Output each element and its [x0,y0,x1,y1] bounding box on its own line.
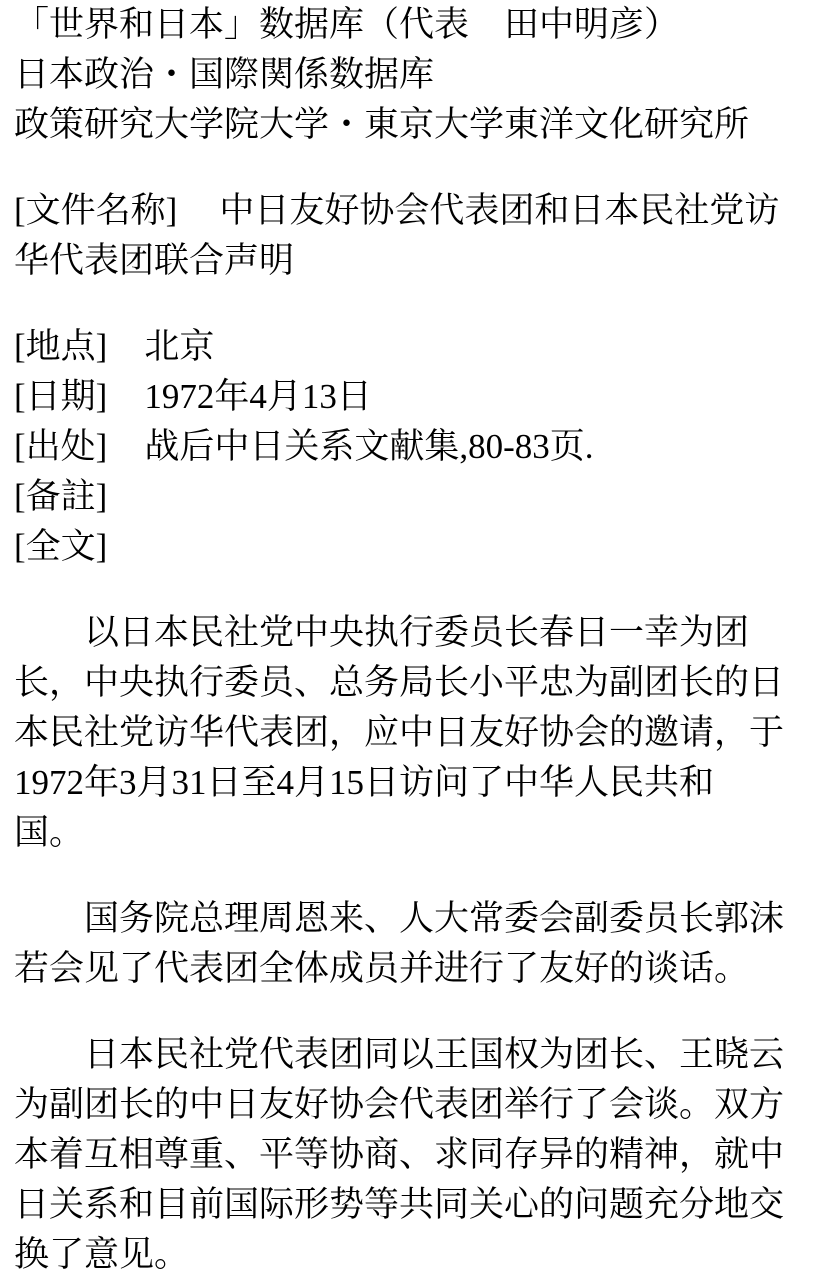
document-page: 「世界和日本」数据库（代表 田中明彦） 日本政治・国際関係数据库 政策研究大学院… [0,0,818,1280]
document-title-label: [文件名称] [14,191,177,230]
paragraph-line: 以日本民社党中央执行委员长春日一幸为团 [14,608,812,658]
metadata-label-location: [地点] [14,327,107,366]
fulltext-paragraph-1: 以日本民社党中央执行委员长春日一幸为团 长，中央执行委员、总务局长小平忠为副团长… [14,608,812,858]
paragraph-line: 本民社党访华代表团，应中日友好协会的邀请，于 [14,708,812,758]
metadata-label-source: [出处] [14,427,107,466]
paragraph-line: 日本民社党代表团同以王国权为团长、王晓云 [14,1030,812,1080]
database-header: 「世界和日本」数据库（代表 田中明彦） 日本政治・国際関係数据库 政策研究大学院… [14,0,812,150]
metadata-label-notes: [备註] [14,477,107,516]
paragraph-line: 本着互相尊重、平等协商、求同存异的精神，就中 [14,1130,812,1180]
paragraph-line: 长，中央执行委员、总务局长小平忠为副团长的日 [14,658,812,708]
paragraph-line: 若会见了代表团全体成员并进行了友好的谈话。 [14,944,812,994]
database-name-line: 「世界和日本」数据库（代表 田中明彦） [14,0,812,50]
paragraph-line: 1972年3月31日至4月15日访问了中华人民共和 [14,758,812,808]
metadata-row-date: [日期]1972年4月13日 [14,372,812,422]
metadata-row-fulltext: [全文] [14,522,812,572]
database-institutions-line: 政策研究大学院大学・東京大学東洋文化研究所 [14,100,812,150]
paragraph-line: 换了意见。 [14,1230,812,1280]
metadata-label-date: [日期] [14,377,107,416]
metadata-row-source: [出处]战后中日关系文献集,80-83页. [14,422,812,472]
fulltext-paragraph-3: 日本民社党代表团同以王国权为团长、王晓云 为副团长的中日友好协会代表团举行了会谈… [14,1030,812,1280]
document-title-text-line-2: 华代表团联合声明 [14,236,812,286]
fulltext-paragraph-2: 国务院总理周恩来、人大常委会副委员长郭沫 若会见了代表团全体成员并进行了友好的谈… [14,894,812,994]
paragraph-line: 为副团长的中日友好协会代表团举行了会谈。双方 [14,1080,812,1130]
metadata-label-fulltext: [全文] [14,527,107,566]
document-title-line-1: [文件名称]中日友好协会代表团和日本民社党访 [14,186,812,236]
metadata-value-source: 战后中日关系文献集,80-83页. [144,427,593,466]
document-title-block: [文件名称]中日友好协会代表团和日本民社党访 华代表团联合声明 [14,186,812,286]
metadata-row-location: [地点]北京 [14,322,812,372]
metadata-block: [地点]北京 [日期]1972年4月13日 [出处]战后中日关系文献集,80-8… [14,322,812,572]
database-category-line: 日本政治・国際関係数据库 [14,50,812,100]
metadata-row-notes: [备註] [14,472,812,522]
metadata-value-date: 1972年4月13日 [144,377,372,416]
metadata-value-location: 北京 [144,327,214,366]
paragraph-line: 国。 [14,808,812,858]
paragraph-line: 日关系和目前国际形势等共同关心的问题充分地交 [14,1180,812,1230]
document-title-text-line-1: 中日友好协会代表团和日本民社党访 [219,191,779,230]
paragraph-line: 国务院总理周恩来、人大常委会副委员长郭沫 [14,894,812,944]
